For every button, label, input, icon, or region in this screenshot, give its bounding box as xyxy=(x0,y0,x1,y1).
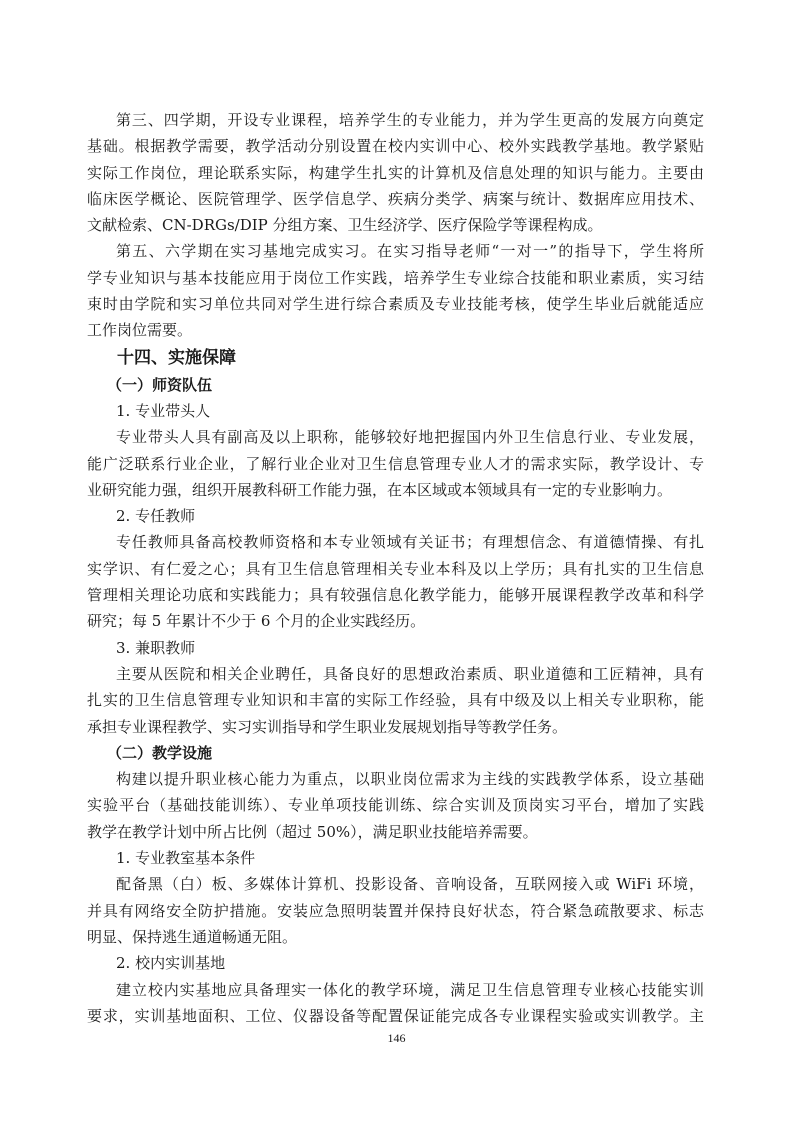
text-line: 文献检索、CN-DRGs/DIP 分组方案、卫生经济学、医疗保险学等课程构成。 xyxy=(87,212,704,238)
text-line: 扎实的卫生信息管理专业知识和丰富的实际工作经验，具有中级及以上相关专业职称，能 xyxy=(87,687,704,713)
text-line: 要求，实训基地面积、工位、仪器设备等配置保证能完成各专业课程实验或实训教学。主 xyxy=(87,1003,704,1029)
text-line: 业研究能力强，组织开展教科研工作能力强，在本区域或本领域具有一定的专业影响力。 xyxy=(87,477,704,503)
text-line: 明显、保持逃生通道畅通无阻。 xyxy=(87,924,704,950)
text-line: 束时由学院和实习单位共同对学生进行综合素质及专业技能考核，使学生毕业后就能适应 xyxy=(87,291,704,317)
text-line: 承担专业课程教学、实习实训指导和学生职业发展规划指导等教学任务。 xyxy=(87,714,704,740)
text-line: 配备黑（白）板、多媒体计算机、投影设备、音响设备，互联网接入或 WiFi 环境， xyxy=(87,871,704,897)
text-line: 临床医学概论、医院管理学、医学信息学、疾病分类学、病案与统计、数据库应用技术、 xyxy=(87,186,704,212)
text-line: 建立校内实基地应具备理实一体化的教学环境，满足卫生信息管理专业核心技能实训 xyxy=(87,977,704,1003)
paragraph-semesters-5-6: 第五、六学期在实习基地完成实习。在实习指导老师“一对一”的指导下，学生将所 学专… xyxy=(87,238,704,343)
item-title-part-time-teacher: 3. 兼职教师 xyxy=(87,635,704,661)
item-title-classroom-conditions: 1. 专业教室基本条件 xyxy=(87,845,704,871)
text-line: 教学在教学计划中所占比例（超过 50%），满足职业技能培养需要。 xyxy=(87,819,704,845)
document-page: 第三、四学期，开设专业课程，培养学生的专业能力，并为学生更高的发展方向奠定 基础… xyxy=(87,107,704,1029)
text-line: 学专业知识与基本技能应用于岗位工作实践，培养学生专业综合技能和职业素质，实习结 xyxy=(87,265,704,291)
text-line: 第五、六学期在实习基地完成实习。在实习指导老师“一对一”的指导下，学生将所 xyxy=(87,238,704,264)
text-line: 工作岗位需要。 xyxy=(87,317,704,343)
text-line: 能广泛联系行业企业，了解行业企业对卫生信息管理专业人才的需求实际，教学设计、专 xyxy=(87,451,704,477)
text-line: 实验平台（基础技能训练）、专业单项技能训练、综合实训及顶岗实习平台，增加了实践 xyxy=(87,792,704,818)
text-line: 实际工作岗位，理论联系实际，构建学生扎实的计算机及信息处理的知识与能力。主要由 xyxy=(87,160,704,186)
text-line: 并具有网络安全防护措施。安装应急照明装置并保持良好状态，符合紧急疏散要求、标志 xyxy=(87,898,704,924)
text-line: 专任教师具备高校教师资格和本专业领域有关证书；有理想信念、有道德情操、有扎 xyxy=(87,529,704,555)
subsection-heading-faculty: （一）师资队伍 xyxy=(87,372,704,398)
item-title-lead-teacher: 1. 专业带头人 xyxy=(87,398,704,424)
text-line: 实学识、有仁爱之心；具有卫生信息管理相关专业本科及以上学历；具有扎实的卫生信息 xyxy=(87,556,704,582)
text-line: 构建以提升职业核心能力为重点，以职业岗位需求为主线的实践教学体系，设立基础 xyxy=(87,766,704,792)
text-line: 专业带头人具有副高及以上职称，能够较好地把握国内外卫生信息行业、专业发展， xyxy=(87,424,704,450)
subsection-heading-facilities: （二）教学设施 xyxy=(87,740,704,766)
text-line: 研究；每 5 年累计不少于 6 个月的企业实践经历。 xyxy=(87,608,704,634)
page-number: 146 xyxy=(0,1031,793,1046)
text-line: 基础。根据教学需要，教学活动分别设置在校内实训中心、校外实践教学基地。教学紧贴 xyxy=(87,133,704,159)
text-line: 第三、四学期，开设专业课程，培养学生的专业能力，并为学生更高的发展方向奠定 xyxy=(87,107,704,133)
paragraph-semesters-3-4: 第三、四学期，开设专业课程，培养学生的专业能力，并为学生更高的发展方向奠定 基础… xyxy=(87,107,704,238)
item-title-training-base: 2. 校内实训基地 xyxy=(87,950,704,976)
text-line: 管理相关理论功底和实践能力；具有较强信息化教学能力，能够开展课程教学改革和科学 xyxy=(87,582,704,608)
text-line: 主要从医院和相关企业聘任，具备良好的思想政治素质、职业道德和工匠精神，具有 xyxy=(87,661,704,687)
item-title-full-time-teacher: 2. 专任教师 xyxy=(87,503,704,529)
section-heading: 十四、实施保障 xyxy=(87,344,704,372)
